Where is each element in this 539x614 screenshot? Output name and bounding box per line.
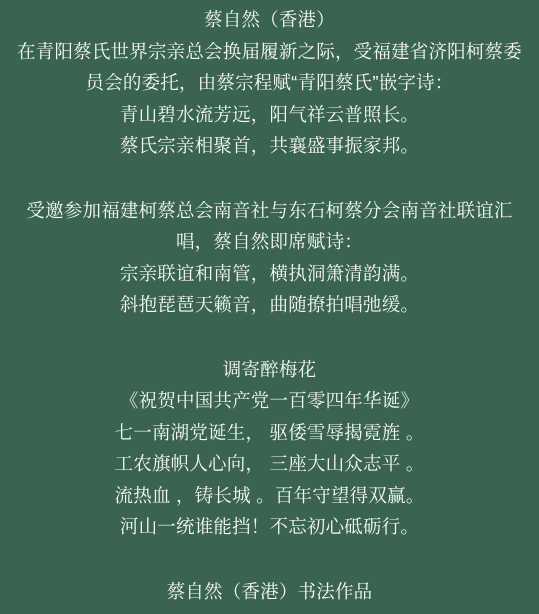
poem-title: 《祝贺中国共产党一百零四年华诞》 [0, 385, 539, 417]
text-line: 唱，蔡自然即席赋诗： [0, 226, 539, 258]
paragraph-nanyin-impromptu-poem: 受邀参加福建柯蔡总会南音社与东石柯蔡分会南音社联谊汇 唱，蔡自然即席赋诗： 宗亲… [0, 195, 539, 321]
paragraph-qingyang-embedded-poem: 在青阳蔡氏世界宗亲总会换届履新之际，受福建省济阳柯蔡委 员会的委托，由蔡宗程赋“… [0, 36, 539, 162]
text-line: 员会的委托，由蔡宗程赋“青阳蔡氏”嵌字诗： [0, 67, 539, 99]
calligraphy-caption: 蔡自然（香港）书法作品 [0, 576, 539, 608]
poem-tune-title: 调寄醉梅花 [0, 354, 539, 386]
poem-line: 河山一统谁能挡！不忘初心砥砺行。 [0, 511, 539, 543]
paragraph-zuimeihua-poem: 调寄醉梅花 《祝贺中国共产党一百零四年华诞》 七一南湖党诞生， 驱倭雪辱揭霓旌 … [0, 354, 539, 543]
caption-line: 蔡自然（香港）书法作品 [0, 576, 539, 608]
poem-line: 工农旗帜人心向， 三座大山众志平 。 [0, 448, 539, 480]
article-title: 蔡自然（香港） [0, 4, 539, 36]
poem-line: 七一南湖党诞生， 驱倭雪辱揭霓旌 。 [0, 417, 539, 449]
poem-line: 蔡氏宗亲相聚首，共襄盛事振家邦。 [0, 130, 539, 162]
poem-line: 斜抱琵琶天籁音，曲随撩拍唱弛缓。 [0, 289, 539, 321]
text-line: 在青阳蔡氏世界宗亲总会换届履新之际，受福建省济阳柯蔡委 [0, 36, 539, 68]
article: 蔡自然（香港） 在青阳蔡氏世界宗亲总会换届履新之际，受福建省济阳柯蔡委 员会的委… [0, 0, 539, 607]
text-line: 受邀参加福建柯蔡总会南音社与东石柯蔡分会南音社联谊汇 [0, 195, 539, 227]
poem-line: 青山碧水流芳远，阳气祥云普照长。 [0, 99, 539, 131]
poem-line: 流热血 ，铸长城 。百年守望得双赢。 [0, 480, 539, 512]
poem-line: 宗亲联谊和南管，横执洞箫清韵满。 [0, 258, 539, 290]
